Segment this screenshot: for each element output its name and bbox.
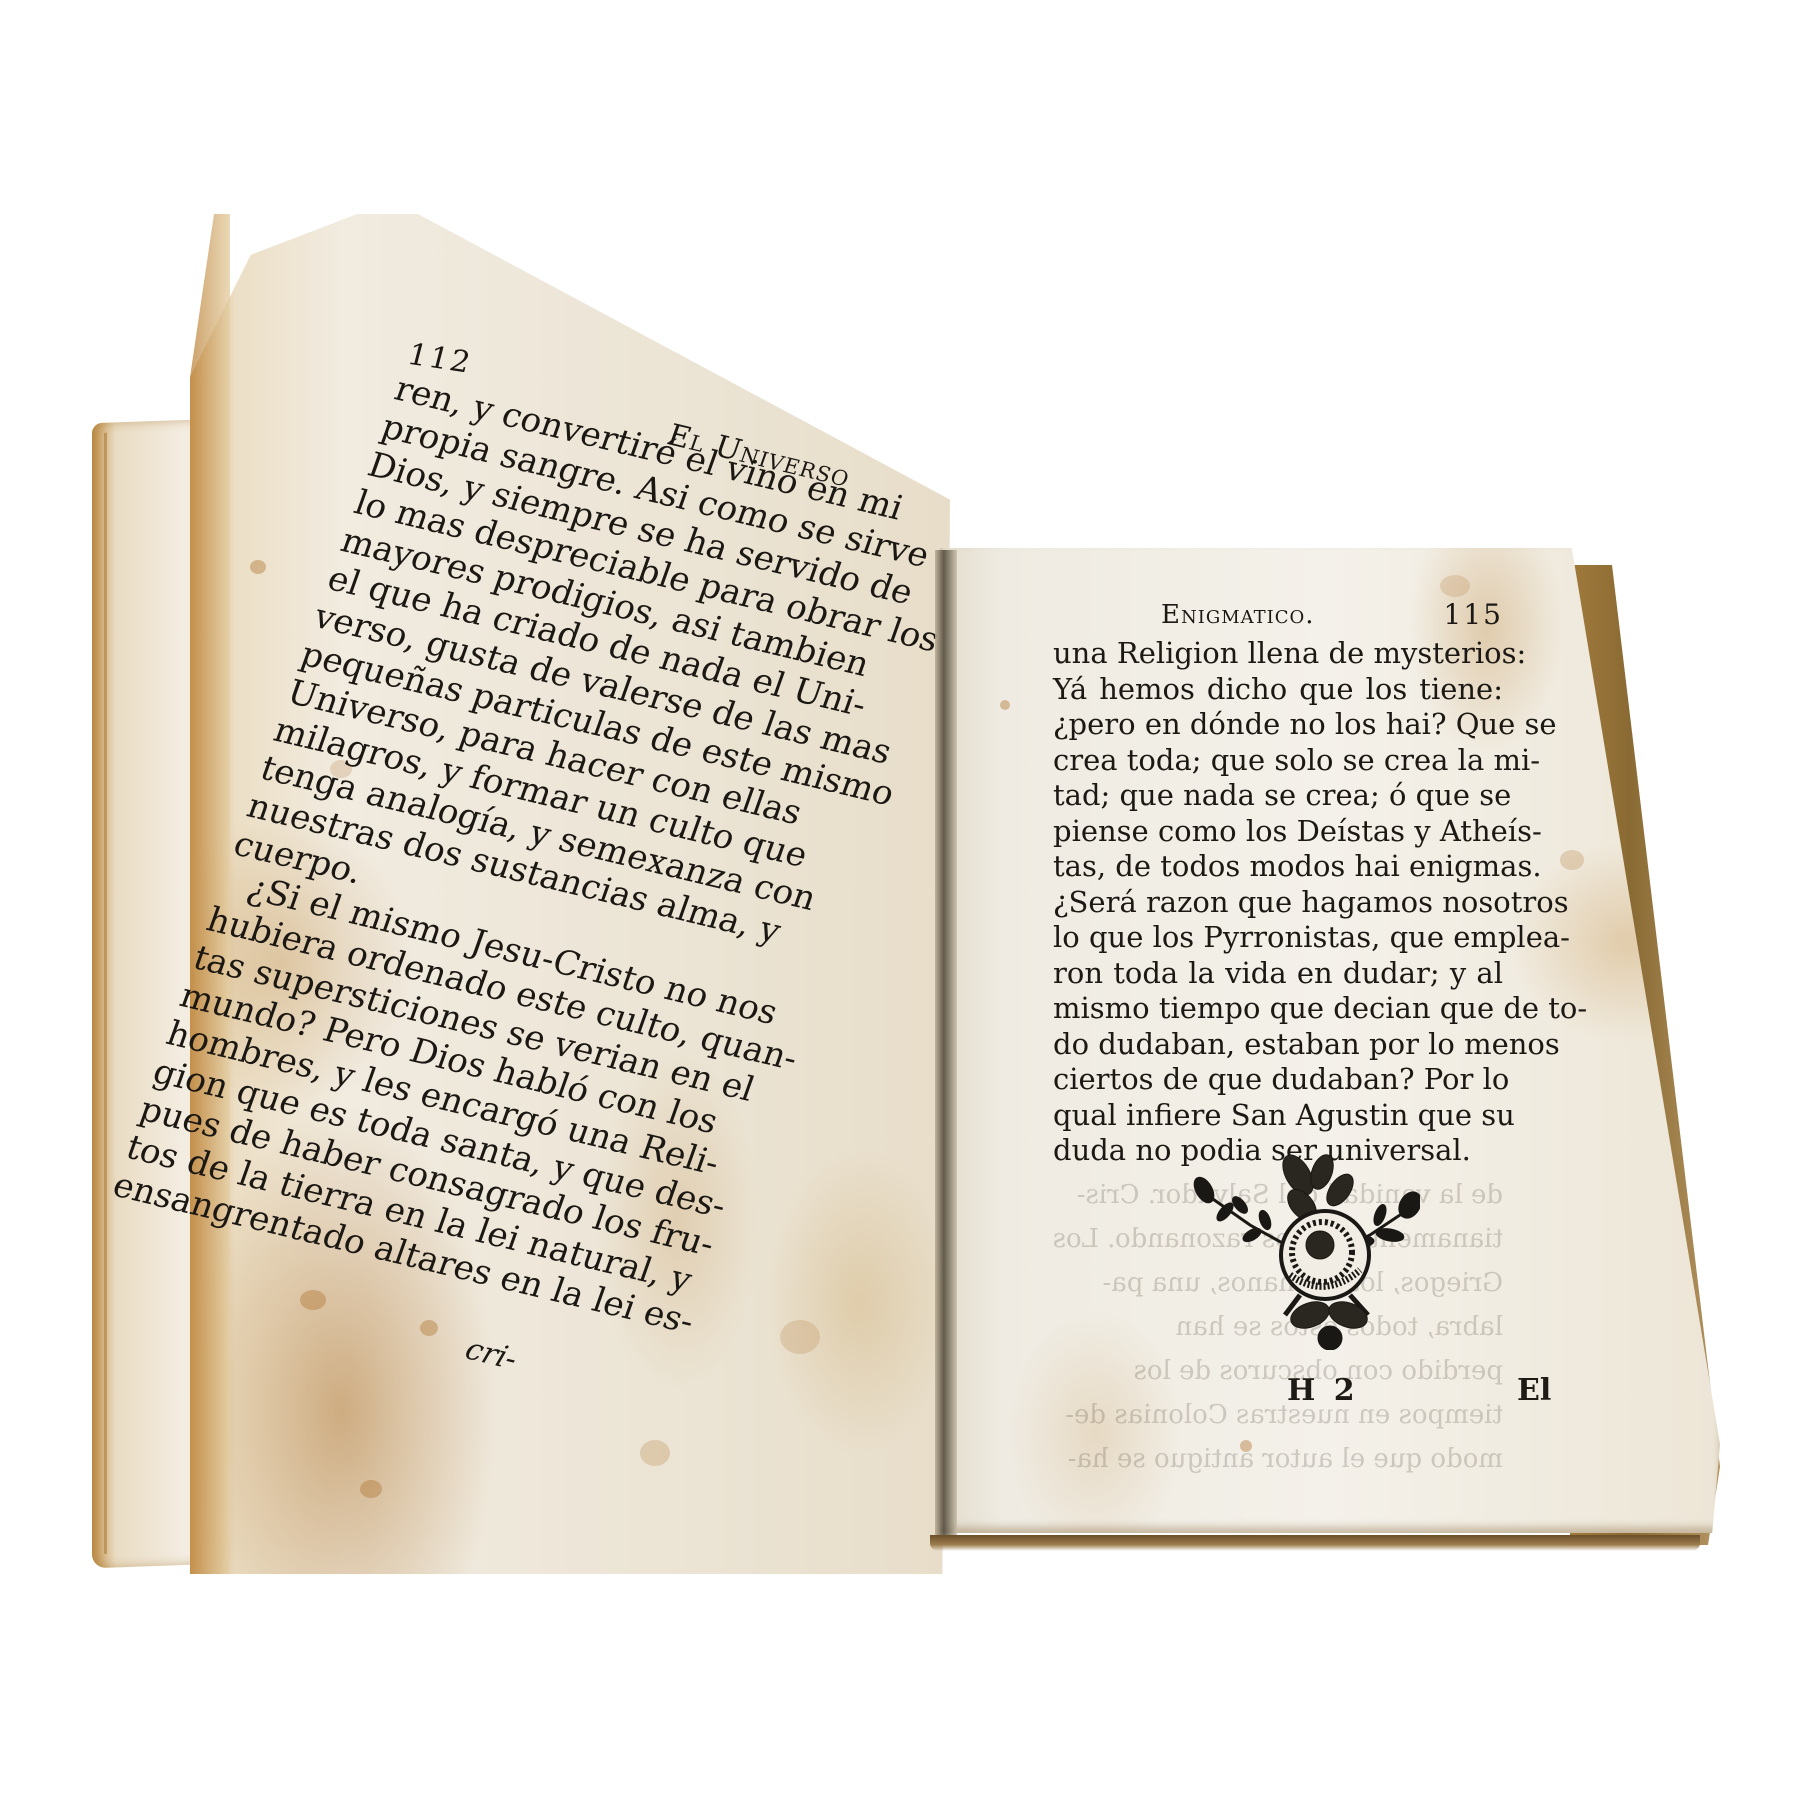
text-line: mismo tiempo que decian que de to- <box>1053 991 1503 1027</box>
text-line: qual infiere San Agustin que su <box>1053 1098 1503 1134</box>
page-number-right: 115 <box>1444 598 1503 631</box>
running-title-right: Enigmatico. <box>1161 600 1315 630</box>
text-line: ciertos de que dudaban? Por lo <box>1053 1062 1503 1098</box>
foxing-stain <box>1440 575 1470 597</box>
bleed-through-text: tiempos en nuestras Colonias de- <box>1053 1397 1503 1433</box>
foxing-stain <box>780 1320 820 1354</box>
foxing-stain <box>1560 850 1584 870</box>
text-line: tas, de todos modos hai enigmas. <box>1053 849 1503 885</box>
signature-mark: H 2 <box>1287 1373 1359 1408</box>
text-line: una Religion llena de mysterios: <box>1053 636 1503 672</box>
catchword-right: El <box>1517 1373 1551 1408</box>
foxing-stain <box>640 1440 670 1466</box>
foxing-stain <box>250 560 266 574</box>
text-line: crea toda; que solo se crea la mi- <box>1053 743 1503 779</box>
book-photo: 112 El Universo ren, y convertiré el vin… <box>0 0 1800 1800</box>
text-line: ¿Será razon que hagamos nosotros <box>1053 885 1503 921</box>
text-line: ¿pero en dónde no los hai? Que se <box>1053 707 1503 743</box>
right-running-head: Enigmatico. 115 <box>1053 598 1503 636</box>
text-line: lo que los Pyrronistas, que emplea- <box>1053 920 1503 956</box>
text-line: tad; que nada se crea; ó que se <box>1053 778 1503 814</box>
foxing-stain <box>1000 700 1010 710</box>
book-bottom-edge <box>930 1535 1700 1551</box>
book-gutter <box>935 550 957 1540</box>
bleed-through-text: perdido con obscuros de los <box>1053 1353 1503 1389</box>
text-line: do dudaban, estaban por lo menos <box>1053 1027 1503 1063</box>
foxing-stain <box>360 1480 382 1498</box>
text-line: piense como los Deístas y Atheís- <box>1053 814 1503 850</box>
bleed-through-text: modo que el autor antiguo se ha- <box>1053 1441 1503 1477</box>
text-line: Yá hemos dicho que los tiene: <box>1053 672 1503 708</box>
text-line: ron toda la vida en dudar; y al <box>1053 956 1503 992</box>
rose-ornament-icon <box>1190 1150 1420 1350</box>
